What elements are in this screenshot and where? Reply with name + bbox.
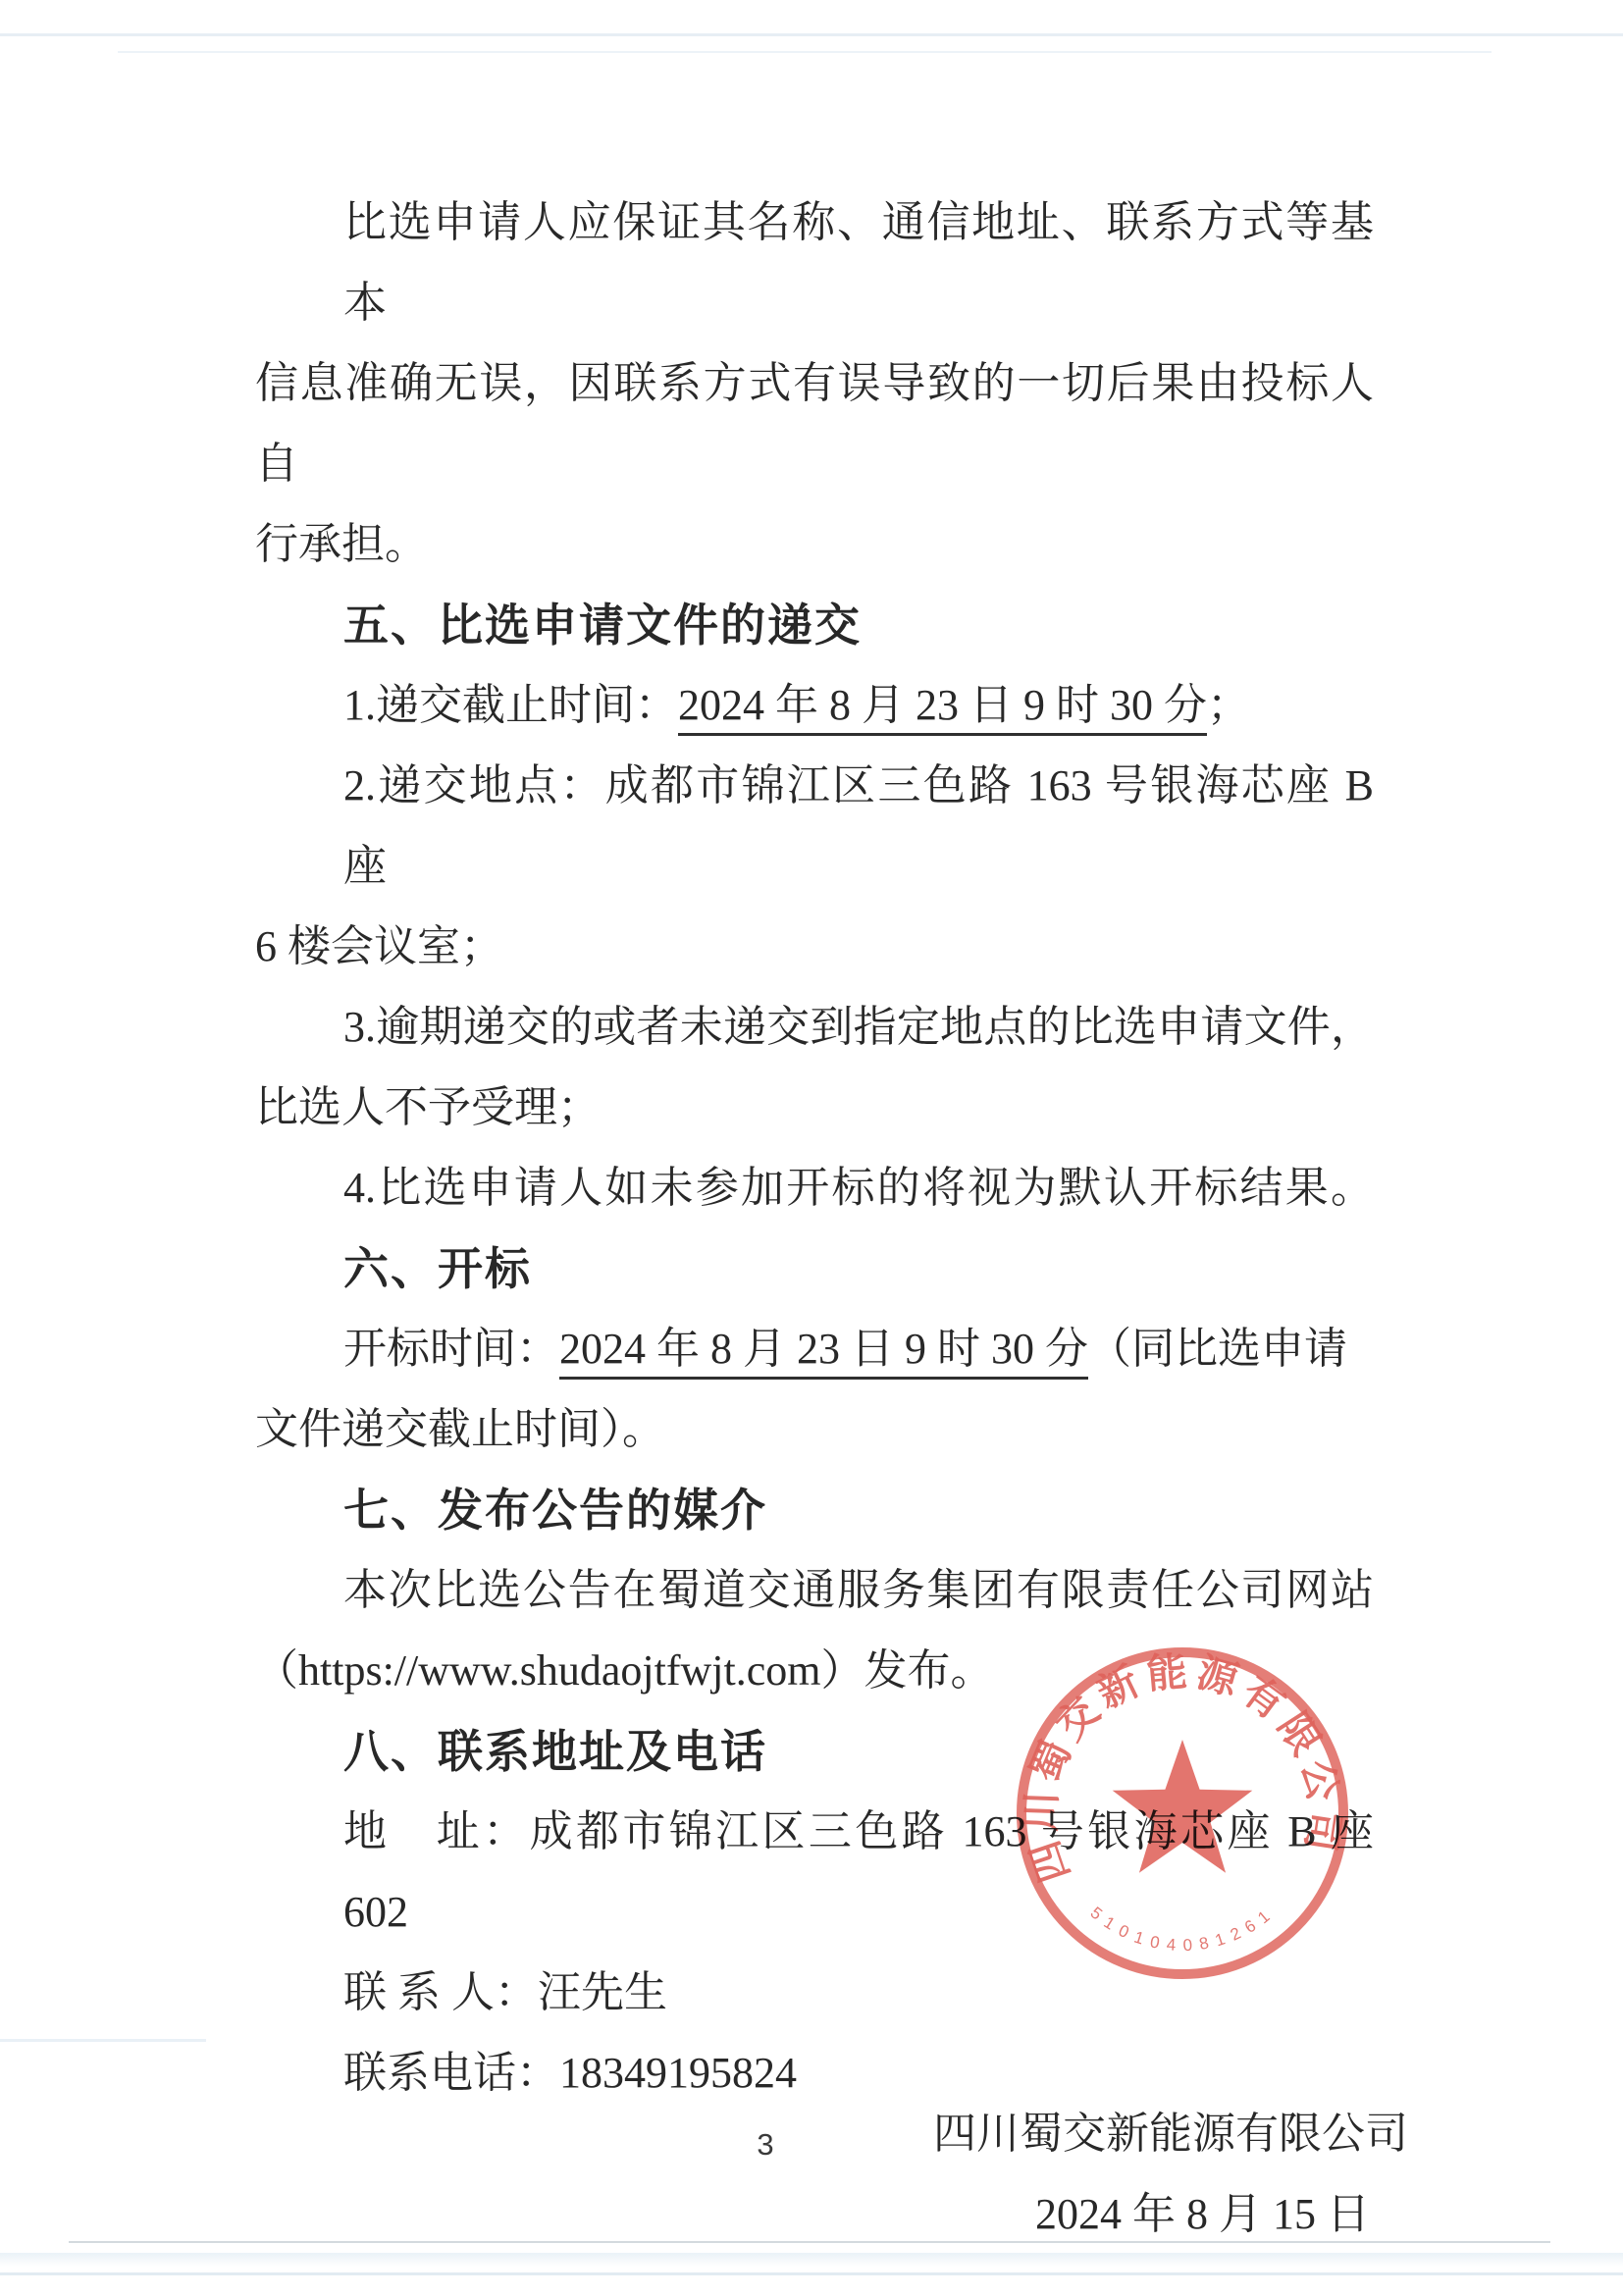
section-5-item-1: 1.递交截止时间：2024 年 8 月 23 日 9 时 30 分； bbox=[255, 665, 1374, 746]
opening-time-suffix: （同比选申请 bbox=[1088, 1325, 1347, 1373]
page-number: 3 bbox=[707, 2127, 824, 2163]
section-5-item-3-line-2: 比选人不予受理； bbox=[255, 1068, 1374, 1148]
section-5-item-2-line-2: 6 楼会议室； bbox=[255, 907, 1374, 987]
section-6-heading: 六、开标 bbox=[255, 1228, 1374, 1309]
company-seal-stamp: 四川蜀交新能源有限公司 5101040812617 bbox=[1006, 1637, 1359, 1990]
document-body: 比选申请人应保证其名称、通信地址、联系方式等基本 信息准确无误，因联系方式有误导… bbox=[0, 0, 1623, 2255]
item-1-prefix: 1.递交截止时间： bbox=[343, 681, 678, 729]
section-7-heading: 七、发布公告的媒介 bbox=[255, 1470, 1374, 1550]
seal-star-icon bbox=[1113, 1740, 1253, 1873]
section-6-line-1: 开标时间：2024 年 8 月 23 日 9 时 30 分（同比选申请 bbox=[255, 1309, 1374, 1389]
opening-time-underlined: 2024 年 8 月 23 日 9 时 30 分 bbox=[559, 1325, 1088, 1380]
intro-line-3: 行承担。 bbox=[255, 504, 1374, 585]
section-5-item-3-line-1: 3.逾期递交的或者未递交到指定地点的比选申请文件， bbox=[255, 987, 1374, 1068]
item-1-suffix: ； bbox=[1207, 681, 1250, 729]
opening-time-label: 开标时间： bbox=[343, 1325, 559, 1373]
scan-artifact-bottom-band bbox=[0, 2253, 1623, 2267]
scan-artifact-bottom-edge bbox=[0, 2272, 1623, 2275]
intro-line-2: 信息准确无误，因联系方式有误导致的一切后果由投标人自 bbox=[255, 343, 1374, 504]
item-1-deadline-underlined: 2024 年 8 月 23 日 9 时 30 分 bbox=[678, 681, 1207, 736]
signature-date: 2024 年 8 月 15 日 bbox=[255, 2174, 1370, 2255]
section-6-line-2: 文件递交截止时间）。 bbox=[255, 1389, 1374, 1470]
intro-line-1: 比选申请人应保证其名称、通信地址、联系方式等基本 bbox=[255, 183, 1374, 343]
document-page: 比选申请人应保证其名称、通信地址、联系方式等基本 信息准确无误，因联系方式有误导… bbox=[0, 0, 1623, 2296]
section-7-line-1: 本次比选公告在蜀道交通服务集团有限责任公司网站 bbox=[255, 1550, 1374, 1631]
section-5-item-4: 4.比选申请人如未参加开标的将视为默认开标结果。 bbox=[255, 1148, 1374, 1228]
section-5-heading: 五、比选申请文件的递交 bbox=[255, 585, 1374, 665]
section-5-item-2-line-1: 2.递交地点：成都市锦江区三色路 163 号银海芯座 B 座 bbox=[255, 746, 1374, 907]
